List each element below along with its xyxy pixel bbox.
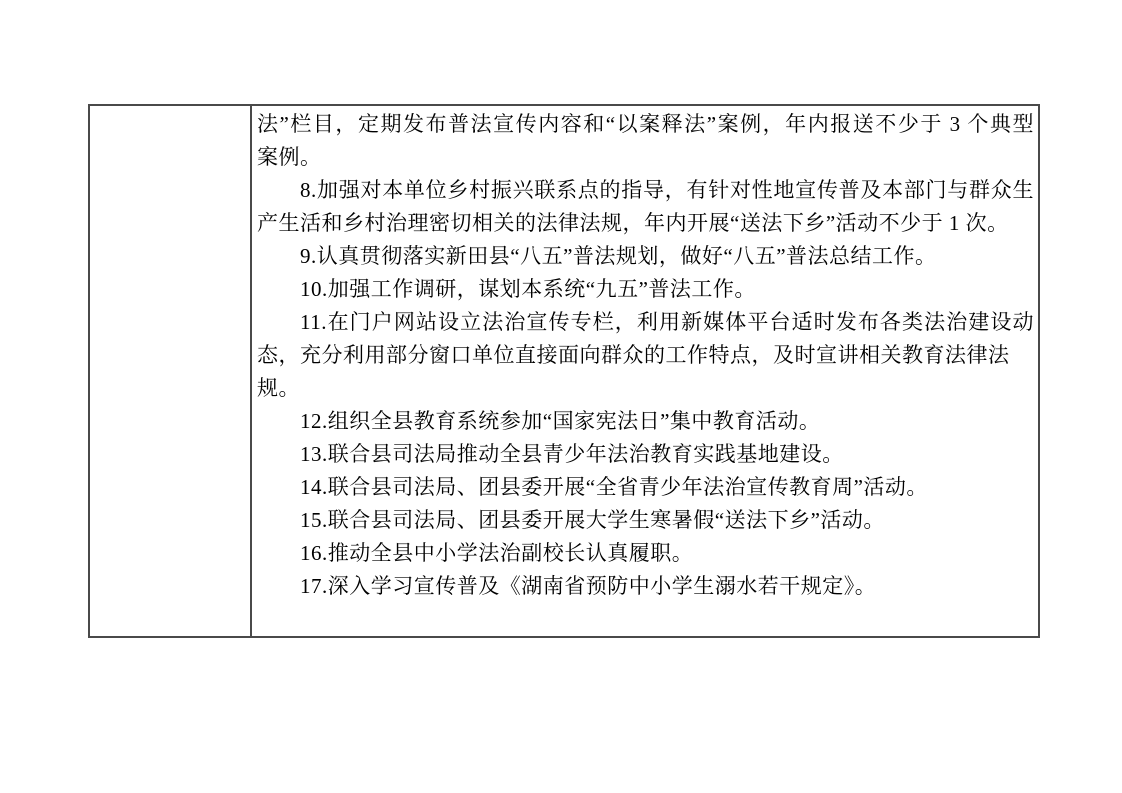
table-content-cell: 法”栏目，定期发布普法宣传内容和“以案释法”案例，年内报送不少于 3 个典型 案… (252, 106, 1038, 636)
text-line: 8.加强对本单位乡村振兴联系点的指导，有针对性地宣传普及本部门与群众生 (257, 174, 1034, 207)
text-line: 案例。 (257, 141, 1034, 174)
text-line: 15.联合县司法局、团县委开展大学生寒暑假“送法下乡”活动。 (257, 504, 1034, 537)
content-table: 法”栏目，定期发布普法宣传内容和“以案释法”案例，年内报送不少于 3 个典型 案… (88, 104, 1040, 638)
text-line: 16.推动全县中小学法治副校长认真履职。 (257, 537, 1034, 570)
text-line: 产生活和乡村治理密切相关的法律法规，年内开展“送法下乡”活动不少于 1 次。 (257, 207, 1034, 240)
text-line: 态，充分利用部分窗口单位直接面向群众的工作特点，及时宣讲相关教育法律法规。 (257, 339, 1034, 405)
table-empty-left-cell (90, 106, 252, 636)
document-page: 法”栏目，定期发布普法宣传内容和“以案释法”案例，年内报送不少于 3 个典型 案… (0, 0, 1122, 793)
text-line: 13.联合县司法局推动全县青少年法治教育实践基地建设。 (257, 438, 1034, 471)
text-line: 9.认真贯彻落实新田县“八五”普法规划，做好“八五”普法总结工作。 (257, 240, 1034, 273)
text-line: 10.加强工作调研，谋划本系统“九五”普法工作。 (257, 273, 1034, 306)
text-line: 11.在门户网站设立法治宣传专栏，利用新媒体平台适时发布各类法治建设动 (257, 306, 1034, 339)
text-line: 法”栏目，定期发布普法宣传内容和“以案释法”案例，年内报送不少于 3 个典型 (257, 108, 1034, 141)
text-line: 17.深入学习宣传普及《湖南省预防中小学生溺水若干规定》。 (257, 570, 1034, 603)
text-line: 14.联合县司法局、团县委开展“全省青少年法治宣传教育周”活动。 (257, 471, 1034, 504)
text-line: 12.组织全县教育系统参加“国家宪法日”集中教育活动。 (257, 405, 1034, 438)
